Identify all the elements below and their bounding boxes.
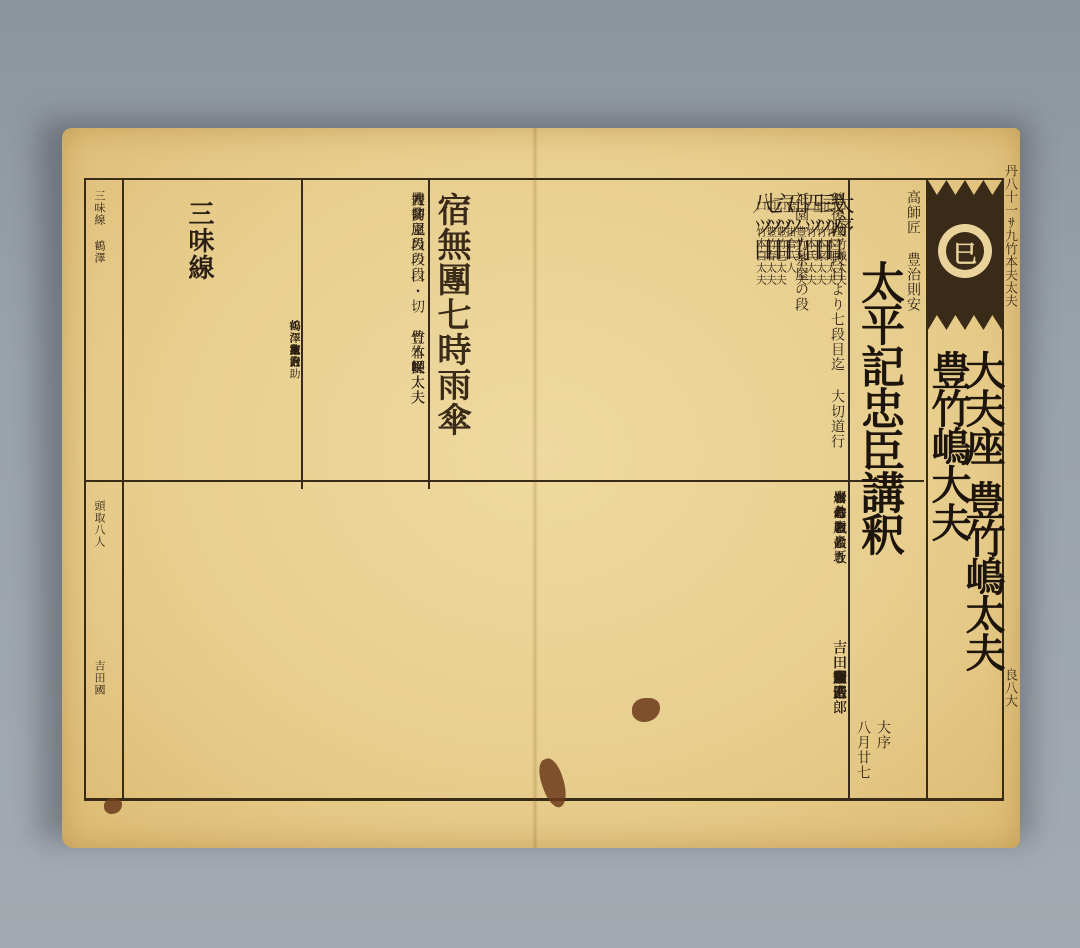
shamisen-heading: 三味線 bbox=[186, 200, 212, 281]
divider bbox=[86, 480, 924, 482]
announcement: 總後段三段目より七段目迄 大切道行 bbox=[830, 192, 844, 449]
performer: 竹本民太夫 bbox=[410, 330, 424, 405]
margin-note: 丹八十一ｻ九竹本夫太夫 bbox=[1000, 164, 1019, 307]
crest-glyph: 巳 bbox=[946, 232, 984, 270]
lower-side-label-bottom: 吉田國 bbox=[94, 660, 105, 696]
divider bbox=[301, 180, 303, 489]
prefix-note: 大序 bbox=[876, 720, 890, 750]
shamisen-players: 鶴澤清七 鶴澤八三 鶴澤友之助 鶴澤清三 鶴澤三好 鶴澤寛治 鶴澤才治 鶴澤亀吉… bbox=[130, 320, 300, 470]
lyrics-block: おおい やれとせこ まえる へやらしき けけ おのおの まるまる 周七歳より 岩… bbox=[126, 490, 866, 630]
shamisen-side-label: 三味線 鶴澤 bbox=[94, 190, 105, 264]
margin-note-bottom: 良八大 bbox=[1000, 668, 1019, 707]
divider bbox=[122, 180, 124, 798]
ink-stain bbox=[104, 798, 122, 814]
lyric-line: さんの大坂 bbox=[832, 490, 846, 565]
subtitle-performers: 豊竹岬太夫 竹本姫太夫 竹本咲太夫 竹本民太夫 bbox=[306, 330, 424, 470]
lower-side-label: 頭取八人 bbox=[94, 500, 105, 548]
scene-label: 大切 bbox=[410, 192, 424, 222]
date-note: 八月廿七 bbox=[856, 720, 870, 780]
crest-emblem: 巳 bbox=[938, 224, 992, 278]
subtitle-heading: 宿無團七時雨傘 bbox=[434, 192, 468, 437]
acts-list: 大序 口 豊竹織太夫 弐ツ目 口 竹本則太夫 三ツ目 口 竹本家太夫 四ツ目 口… bbox=[471, 192, 841, 477]
puppeteers-block: 吉田千四 吉田東三郎 吉田冠十郎 吉田金四郎 吉田金吾 吉田冠三 吉田楽三 吉田… bbox=[126, 640, 852, 790]
print-frame: 三味線 鶴澤 頭取八人 吉田國 三味線 鶴澤清七 鶴澤八三 鶴澤友之助 鶴澤清三… bbox=[84, 178, 1004, 801]
program-sheet: 三味線 鶴澤 頭取八人 吉田國 三味線 鶴澤清七 鶴澤八三 鶴澤友之助 鶴澤清三… bbox=[62, 128, 1020, 848]
title-line-3: 豊竹嶋大夫 bbox=[928, 350, 968, 540]
act-performer: 口 竹本白太夫 bbox=[756, 200, 767, 286]
patrons-label: 高師匠 豊治則安 bbox=[906, 190, 920, 312]
divider bbox=[428, 180, 430, 489]
puppeteer: 吉田國造 bbox=[832, 640, 846, 700]
shamisen-player: 鶴澤花吉 bbox=[289, 320, 300, 368]
